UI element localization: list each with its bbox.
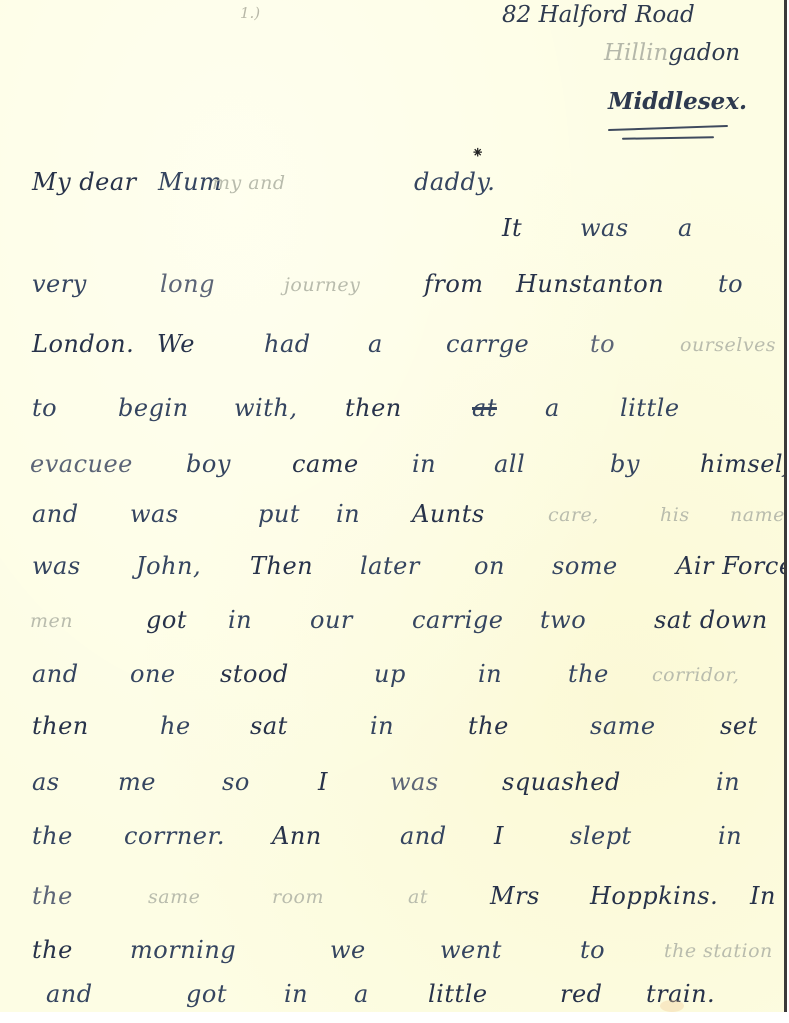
letter-line: asmesoIwassquashedin — [0, 768, 787, 818]
letter-word: the — [32, 822, 73, 850]
letter-word: ourselves — [680, 334, 776, 356]
address-line-1: 82 Halford Road — [502, 2, 695, 28]
scan-margin — [0, 1012, 789, 1023]
ink-mark-icon: ⁕ — [471, 143, 484, 162]
letter-word: Ann — [272, 822, 322, 850]
letter-word: me — [118, 768, 156, 796]
letter-word: very — [32, 270, 87, 298]
letter-word: was — [32, 552, 81, 580]
letter-word: in — [716, 768, 740, 796]
letter-word: he — [160, 712, 191, 740]
letter-word: care, — [548, 504, 599, 526]
letter-word: little — [428, 980, 488, 1008]
letter-word: at — [408, 886, 428, 908]
letter-word: set — [720, 712, 758, 740]
page-number: 1.) — [240, 4, 260, 22]
letter-word: the — [32, 882, 73, 910]
letter-word: a — [678, 214, 693, 242]
letter-word: room — [272, 886, 324, 908]
letter-word: all — [494, 450, 525, 478]
letter-word: was — [130, 500, 179, 528]
letter-word: It — [502, 214, 522, 242]
letter-word: the — [468, 712, 509, 740]
letter-word: to — [590, 330, 615, 358]
letter-word: then — [32, 712, 89, 740]
letter-word: morning — [130, 936, 236, 964]
letter-word: little — [620, 394, 680, 422]
letter-word: from — [424, 270, 484, 298]
paper-stain — [660, 1000, 684, 1012]
letter-word: some — [552, 552, 618, 580]
letter-word: I — [494, 822, 504, 850]
letter-word: evacuee — [30, 450, 133, 478]
letter-word: in — [284, 980, 308, 1008]
letter-word: I — [318, 768, 328, 796]
letter-word: Aunts — [412, 500, 485, 528]
letter-word: stood — [220, 660, 289, 688]
letter-word: red — [560, 980, 603, 1008]
letter-word: put — [258, 500, 300, 528]
letter-word: himself — [700, 450, 787, 478]
letter-word: same — [148, 886, 200, 908]
letter-word: was — [390, 768, 439, 796]
letter-word: London. — [32, 330, 134, 358]
letter-word: in — [336, 500, 360, 528]
letter-word: got — [186, 980, 227, 1008]
letter-word: sat down — [654, 606, 768, 634]
letter-word: a — [368, 330, 383, 358]
letter-line: verylongjourneyfromHunstantonto — [0, 270, 787, 320]
letter-word: two — [540, 606, 586, 634]
letter-word: went — [440, 936, 502, 964]
letter-word: in — [228, 606, 252, 634]
salutation-my-dear: My dear — [32, 168, 137, 196]
letter-word: sat — [250, 712, 288, 740]
address-line-3: Middlesex. — [608, 88, 747, 115]
letter-word: as — [32, 768, 60, 796]
letter-word: begin — [118, 394, 189, 422]
letter-word: Hoppkins. — [590, 882, 718, 910]
letter-line: mengotinourcarrigetwosat down — [0, 606, 787, 656]
letter-word: we — [330, 936, 366, 964]
letter-line: thenhesatinthesameset — [0, 712, 787, 762]
letter-word: Hunstanton — [516, 270, 664, 298]
letter-word: up — [374, 660, 406, 688]
letter-word: to — [580, 936, 605, 964]
letter-word: carrige — [412, 606, 503, 634]
letter-word: one — [130, 660, 176, 688]
letter-word: corridor, — [652, 664, 739, 686]
letter-word: squashed — [502, 768, 621, 796]
letter-word: came — [292, 450, 359, 478]
letter-word: by — [610, 450, 640, 478]
salutation-daddy: daddy. — [414, 168, 495, 196]
letter-word: was — [580, 214, 629, 242]
letter-word: in — [412, 450, 436, 478]
letter-line: andonestoodupinthecorridor, — [0, 660, 787, 710]
letter-word: the — [32, 936, 73, 964]
letter-word: and — [32, 500, 79, 528]
letter-word: carrge — [446, 330, 529, 358]
address-underline-1 — [608, 125, 728, 131]
letter-word: had — [264, 330, 311, 358]
letter-word: boy — [186, 450, 231, 478]
letter-word: in — [718, 822, 742, 850]
letter-word: long — [160, 270, 215, 298]
letter-line: tobeginwith,thenatalittle — [0, 394, 787, 444]
letter-word: Air Force — [676, 552, 787, 580]
letter-word: same — [590, 712, 656, 740]
salutation: My dear Mum my and daddy. — [0, 168, 787, 218]
letter-word: men — [30, 610, 73, 632]
letter-line: evacueeboycameinallbyhimself — [0, 450, 787, 500]
letter-word: on — [474, 552, 505, 580]
letter-line: Itwasa — [0, 214, 787, 264]
letter-word: and — [32, 660, 79, 688]
letter-word: We — [157, 330, 195, 358]
salutation-faint: my and — [212, 172, 286, 194]
letter-word: journey — [284, 274, 360, 296]
letter-word: to — [718, 270, 743, 298]
address-underline-2 — [622, 136, 714, 140]
letter-word: Then — [250, 552, 313, 580]
letter-word: to — [32, 394, 57, 422]
letter-word: a — [545, 394, 560, 422]
letter-line: thesameroomatMrsHoppkins.In — [0, 882, 787, 932]
letter-word: John, — [136, 552, 201, 580]
letter-word: at — [472, 394, 497, 422]
letter-word: later — [360, 552, 420, 580]
letter-word: got — [146, 606, 187, 634]
letter-word: our — [310, 606, 353, 634]
address-line-2: Hillingadon — [604, 40, 740, 66]
letter-word: the station — [664, 940, 773, 962]
letter-line: andwasputinAuntscare,hisname — [0, 500, 787, 550]
letter-word: his — [660, 504, 690, 526]
letter-line: wasJohn,ThenlateronsomeAir Force — [0, 552, 787, 602]
letter-word: a — [354, 980, 369, 1008]
letter-word: the — [568, 660, 609, 688]
letter-line: themorningwewenttothe station — [0, 936, 787, 986]
letter-word: with, — [234, 394, 297, 422]
letter-word: Mrs — [490, 882, 540, 910]
letter-word: in — [478, 660, 502, 688]
letter-line: thecorrner.AnnandIsleptin — [0, 822, 787, 872]
address-line-2-faint: Hillin — [604, 40, 668, 66]
letter-word: then — [345, 394, 402, 422]
letter-line: London.Wehadacarrgetoourselves — [0, 330, 787, 380]
address-line-2-clear: gadon — [668, 40, 740, 66]
letter-word: corrner. — [124, 822, 225, 850]
letter-word: and — [400, 822, 447, 850]
letter-page: 1.) 82 Halford Road Hillingadon Middlese… — [0, 0, 787, 1012]
letter-word: In — [750, 882, 776, 910]
letter-word: and — [46, 980, 93, 1008]
letter-word: name — [730, 504, 785, 526]
letter-word: in — [370, 712, 394, 740]
letter-word: slept — [570, 822, 632, 850]
letter-word: so — [222, 768, 250, 796]
